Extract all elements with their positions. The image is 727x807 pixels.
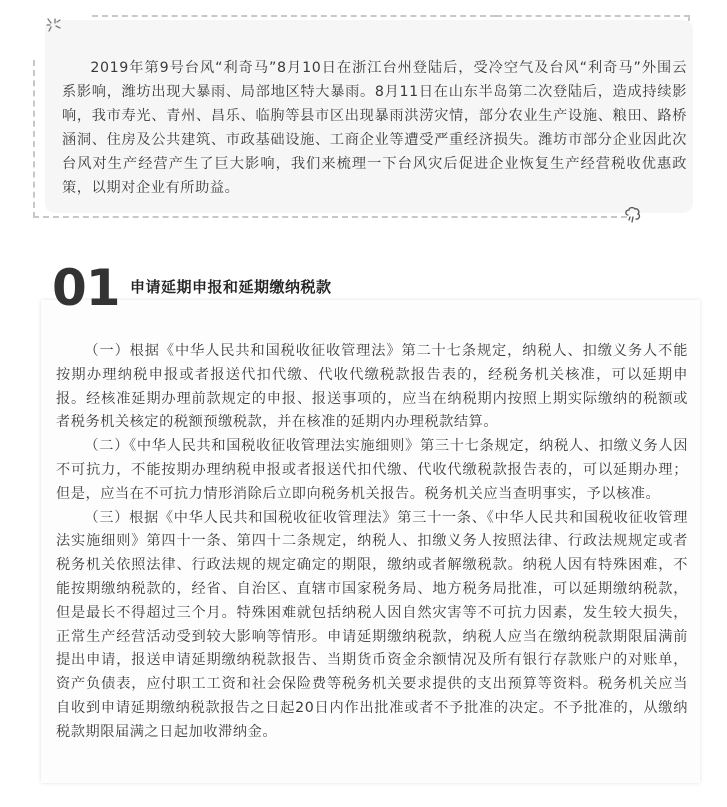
cloud-icon	[624, 206, 642, 224]
intro-dashed-border-top-right	[496, 15, 690, 17]
intro-dashed-border-top	[92, 15, 496, 17]
sparkle-icon	[45, 17, 63, 33]
section-paragraph-3: （三）根据《中华人民共和国税收征收管理法》第三十一条、《中华人民共和国税收征收管…	[56, 507, 688, 745]
section-number: 01	[52, 258, 120, 318]
section-body: （一）根据《中华人民共和国税收征收管理法》第二十七条规定，纳税人、扣缴义务人不能…	[56, 340, 688, 745]
section-paragraph-1: （一）根据《中华人民共和国税收征收管理法》第二十七条规定，纳税人、扣缴义务人不能…	[56, 340, 688, 435]
intro-dashed-border-left	[33, 60, 35, 218]
section-paragraph-2: （二）《中华人民共和国税收征收管理法实施细则》第三十七条规定，纳税人、扣缴义务人…	[56, 435, 688, 506]
intro-paragraph: 2019年第9号台风“利奇马”8月10日在浙江台州登陆后，受冷空气及台风“利奇马…	[62, 56, 687, 200]
intro-dashed-border-bottom	[33, 216, 627, 218]
section-title: 申请延期申报和延期缴纳税款	[130, 276, 332, 298]
intro-callout: 2019年第9号台风“利奇马”8月10日在浙江台州登陆后，受冷空气及台风“利奇马…	[0, 0, 727, 240]
intro-text: 2019年第9号台风“利奇马”8月10日在浙江台州登陆后，受冷空气及台风“利奇马…	[62, 56, 687, 200]
